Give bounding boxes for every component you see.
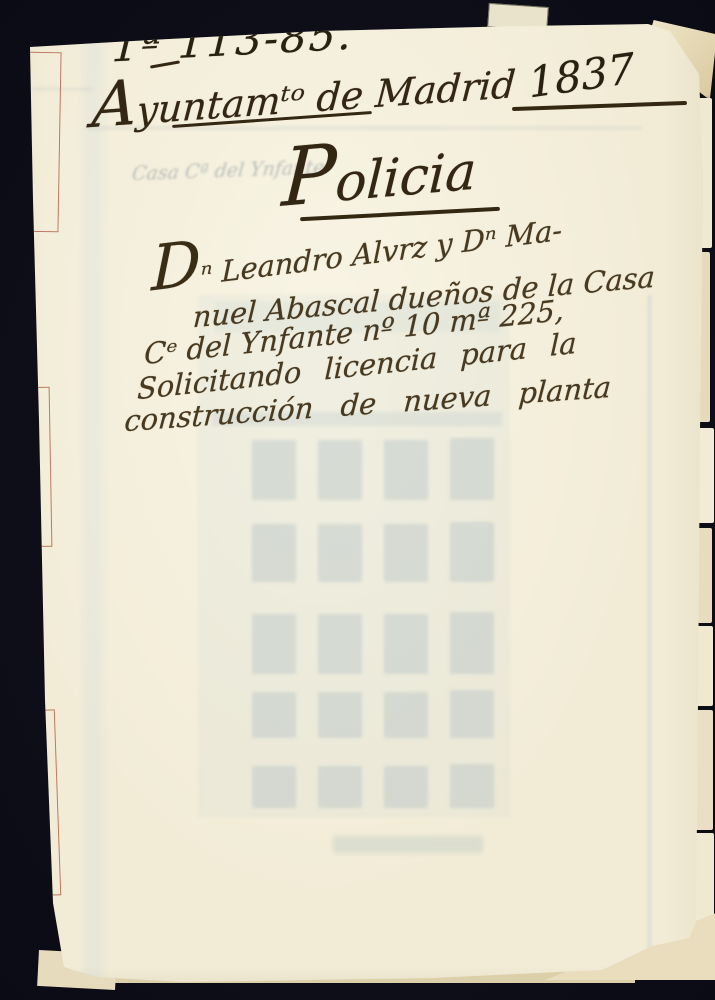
bleed-caption-blob — [333, 836, 483, 853]
facade-window — [318, 440, 362, 500]
facade-window — [252, 692, 296, 738]
facade-window — [318, 766, 362, 808]
facade-window — [252, 614, 296, 674]
facade-window — [384, 766, 428, 808]
facade-window — [384, 440, 428, 500]
facade-window — [252, 440, 296, 500]
facade-window — [318, 524, 362, 582]
facade-window — [252, 766, 296, 808]
red-stitch-frame — [13, 709, 61, 896]
facade-window — [450, 612, 494, 674]
facade-window — [450, 438, 494, 500]
facade-window — [450, 690, 494, 738]
facade-window — [384, 614, 428, 674]
document-sheet: Casa Cª del Ynfante 7719 1ª 113-85. Ayun… — [0, 0, 715, 1000]
facade-window — [318, 614, 362, 674]
archive-number: 7719 — [30, 7, 77, 24]
facade-window — [384, 524, 428, 582]
red-stitch-frame — [20, 387, 53, 547]
facade-window — [384, 692, 428, 738]
year: 1837 — [527, 48, 636, 105]
red-stitch-frame — [22, 52, 61, 233]
facade-window — [252, 524, 296, 582]
facade-window — [450, 764, 494, 808]
bleed-frame-line — [648, 295, 651, 987]
facade-window — [318, 692, 362, 738]
facade-window — [450, 522, 494, 582]
scanned-document-background: Casa Cª del Ynfante 7719 1ª 113-85. Ayun… — [0, 0, 715, 1000]
